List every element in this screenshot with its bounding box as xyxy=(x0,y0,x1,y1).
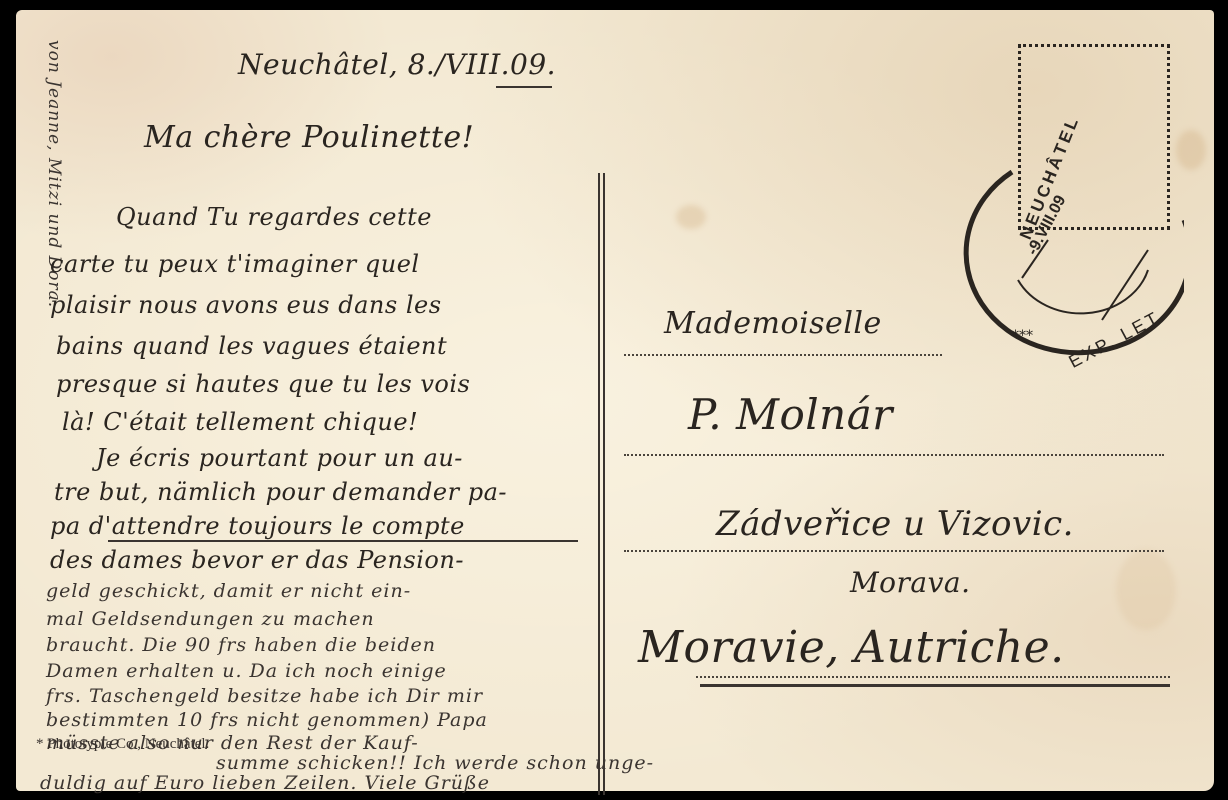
address-dotted-rule xyxy=(696,676,1170,678)
address-line-2: P. Molnár xyxy=(688,390,893,439)
message-line: Quand Tu regardes cette xyxy=(116,203,432,231)
address-line-3: Zádveřice u Vizovic. xyxy=(716,504,1074,544)
publisher-imprint: * Phototypie Co., Neuchâtel. xyxy=(36,736,209,753)
message-line: tre but, nämlich pour demander pa- xyxy=(54,478,507,506)
message-line: mal Geldsendungen zu machen xyxy=(46,608,375,630)
date-line: Neuchâtel, 8./VIII.09. xyxy=(238,48,556,81)
address-line-4: Morava. xyxy=(850,566,971,599)
address-dotted-rule xyxy=(624,454,1164,456)
message-line: pa d'attendre toujours le compte xyxy=(50,512,465,540)
message-line: summe schicken!! Ich werde schon unge- xyxy=(216,752,654,774)
salutation: Ma chère Poulinette! xyxy=(144,120,474,155)
message-line: carte tu peux t'imaginer quel xyxy=(50,250,420,278)
message-line: là! C'était tellement chique! xyxy=(62,408,418,436)
date-underline xyxy=(496,86,552,88)
address-underline xyxy=(700,684,1170,687)
stain xyxy=(1116,550,1176,630)
stain xyxy=(676,205,706,229)
message-line: Damen erhalten u. Da ich noch einige xyxy=(46,660,447,682)
message-line: geld geschickt, damit er nicht ein- xyxy=(46,580,411,602)
message-line: Je écris pourtant pour un au- xyxy=(96,444,463,472)
center-divider xyxy=(598,173,605,795)
message-line: des dames bevor er das Pension- xyxy=(50,546,464,574)
message-underline xyxy=(108,540,578,542)
message-line: frs. Taschengeld besitze habe ich Dir mi… xyxy=(46,685,483,707)
message-line: bestimmten 10 frs nicht genommen) Papa xyxy=(46,709,488,731)
message-line: braucht. Die 90 frs haben die beiden xyxy=(46,634,436,656)
address-line-5: Moravie, Autriche. xyxy=(638,622,1065,673)
address-dotted-rule xyxy=(624,354,942,356)
address-line-1: Mademoiselle xyxy=(664,306,882,341)
message-line: plaisir nous avons eus dans les xyxy=(50,291,442,319)
message-line: presque si hautes que tu les vois xyxy=(56,370,470,398)
address-dotted-rule xyxy=(624,550,1164,552)
postmark-icon xyxy=(952,160,1184,370)
message-line: duldig auf Euro lieben Zeilen. Viele Grü… xyxy=(40,772,490,794)
postcard: von Jeanne, Mitzi und Dora. Neuchâtel, 8… xyxy=(16,10,1214,791)
message-line: bains quand les vagues étaient xyxy=(56,332,447,360)
postmark-ornament: *** xyxy=(1012,328,1033,344)
